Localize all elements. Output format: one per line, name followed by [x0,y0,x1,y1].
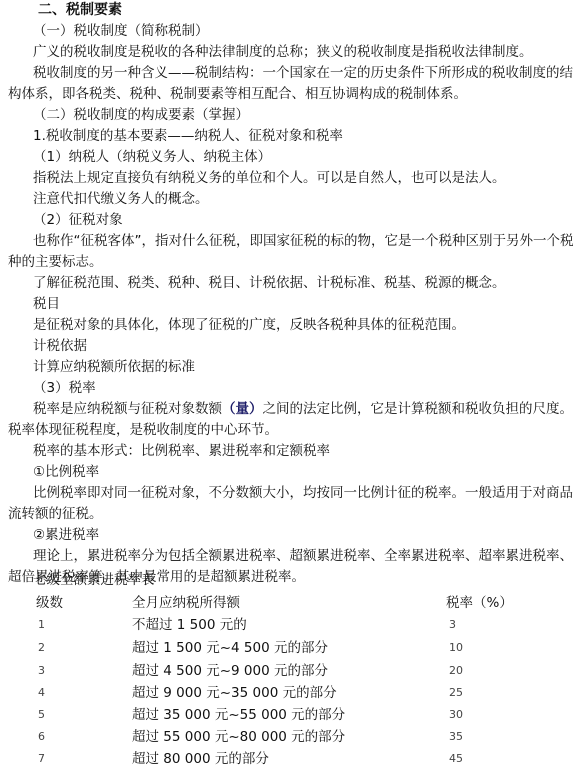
row-range: 超过 4 500 元~9 000 元的部分 [132,661,328,681]
table-header-rate: 税率（%） [446,593,513,613]
progressive-rate-title: ②累进税率 [33,525,99,545]
subsection-title-elements: （二）税收制度的构成要素（掌握） [33,105,249,125]
table-header-income: 全月应纳税所得额 [132,593,240,613]
taxpayer-note: 注意代扣代缴义务人的概念。 [33,189,209,209]
tax-rate-definition-part-b: 之间的法定比例，它是计算税额和税收负担的尺度。 [263,401,574,417]
row-rate: 3 [449,615,456,635]
section-title: 二、税制要素 [38,0,122,20]
tax-basis-title: 计税依据 [33,336,87,356]
paragraph-tax-structure-line2: 构体系，即各税类、税种、税制要素等相互配合、相互协调构成的税制体系。 [8,84,467,104]
row-level: 7 [38,749,45,766]
row-rate: 30 [449,705,463,725]
row-range: 不超过 1 500 元的 [132,615,247,635]
row-level: 3 [38,661,45,681]
table-header-level: 级数 [36,593,63,613]
taxpayer-definition: 指税法上规定直接负有纳税义务的单位和个人。可以是自然人，也可以是法人。 [33,168,506,188]
row-level: 1 [38,615,45,635]
tax-item-title: 税目 [33,294,60,314]
row-level: 5 [38,705,45,725]
row-range: 超过 1 500 元~4 500 元的部分 [132,638,328,658]
row-level: 6 [38,727,45,747]
row-level: 4 [38,683,45,703]
row-level: 2 [38,638,45,658]
proportional-rate-definition-line2: 流转额的征税。 [8,504,103,524]
tax-basis-definition: 计算应纳税额所依据的标准 [33,357,195,377]
item-basic-elements: 1.税收制度的基本要素——纳税人、征税对象和税率 [33,126,343,146]
row-range: 超过 9 000 元~35 000 元的部分 [132,683,337,703]
row-rate: 20 [449,661,463,681]
proportional-rate-definition-line1: 比例税率即对同一征税对象，不分数额大小，均按同一比例计征的税率。一般适用于对商品 [33,483,573,503]
tax-rate-definition-line2: 税率体现征税程度，是税收制度的中心环节。 [8,420,278,440]
tax-object-definition-line2: 种的主要标志。 [8,252,103,272]
row-rate: 35 [449,727,463,747]
table-title: 七级全额累进税率表 [33,570,155,590]
tax-rate-title: （3）税率 [33,378,96,398]
tax-item-definition: 是征税对象的具体化，体现了征税的广度，反映各税种具体的征税范围。 [33,315,465,335]
tax-rate-definition-part-a: 税率是应纳税额与征税对象数额 [33,401,222,417]
progressive-rate-definition-line1: 理论上，累进税率分为包括全额累进税率、超额累进税率、全率累进税率、超率累进税率、 [33,546,573,566]
row-rate: 25 [449,683,463,703]
tax-rate-definition-emphasis: （量） [222,401,263,417]
row-rate: 45 [449,749,463,766]
tax-object-note: 了解征税范围、税类、税种、税目、计税依据、计税标准、税基、税源的概念。 [33,273,506,293]
tax-object-title: （2）征税对象 [33,210,123,230]
paragraph-tax-structure-line1: 税收制度的另一种含义——税制结构：一个国家在一定的历史条件下所形成的税收制度的结 [33,63,573,83]
row-range: 超过 35 000 元~55 000 元的部分 [132,705,345,725]
taxpayer-title: （1）纳税人（纳税义务人、纳税主体） [33,147,271,167]
tax-object-definition-line1: 也称作“征税客体”，指对什么征税，即国家征税的标的物，它是一个税种区别于另外一个… [33,231,574,251]
tax-rate-definition-line1: 税率是应纳税额与征税对象数额（量）之间的法定比例，它是计算税额和税收负担的尺度。 [33,399,573,419]
tax-rate-forms: 税率的基本形式：比例税率、累进税率和定额税率 [33,441,330,461]
subsection-title-tax-system: （一）税收制度（简称税制） [33,21,209,41]
row-range: 超过 80 000 元的部分 [132,749,269,766]
row-range: 超过 55 000 元~80 000 元的部分 [132,727,345,747]
row-rate: 10 [449,638,463,658]
proportional-rate-title: ①比例税率 [33,462,99,482]
paragraph-tax-system-definition: 广义的税收制度是税收的各种法律制度的总称；狭义的税收制度是指税收法律制度。 [33,42,533,62]
